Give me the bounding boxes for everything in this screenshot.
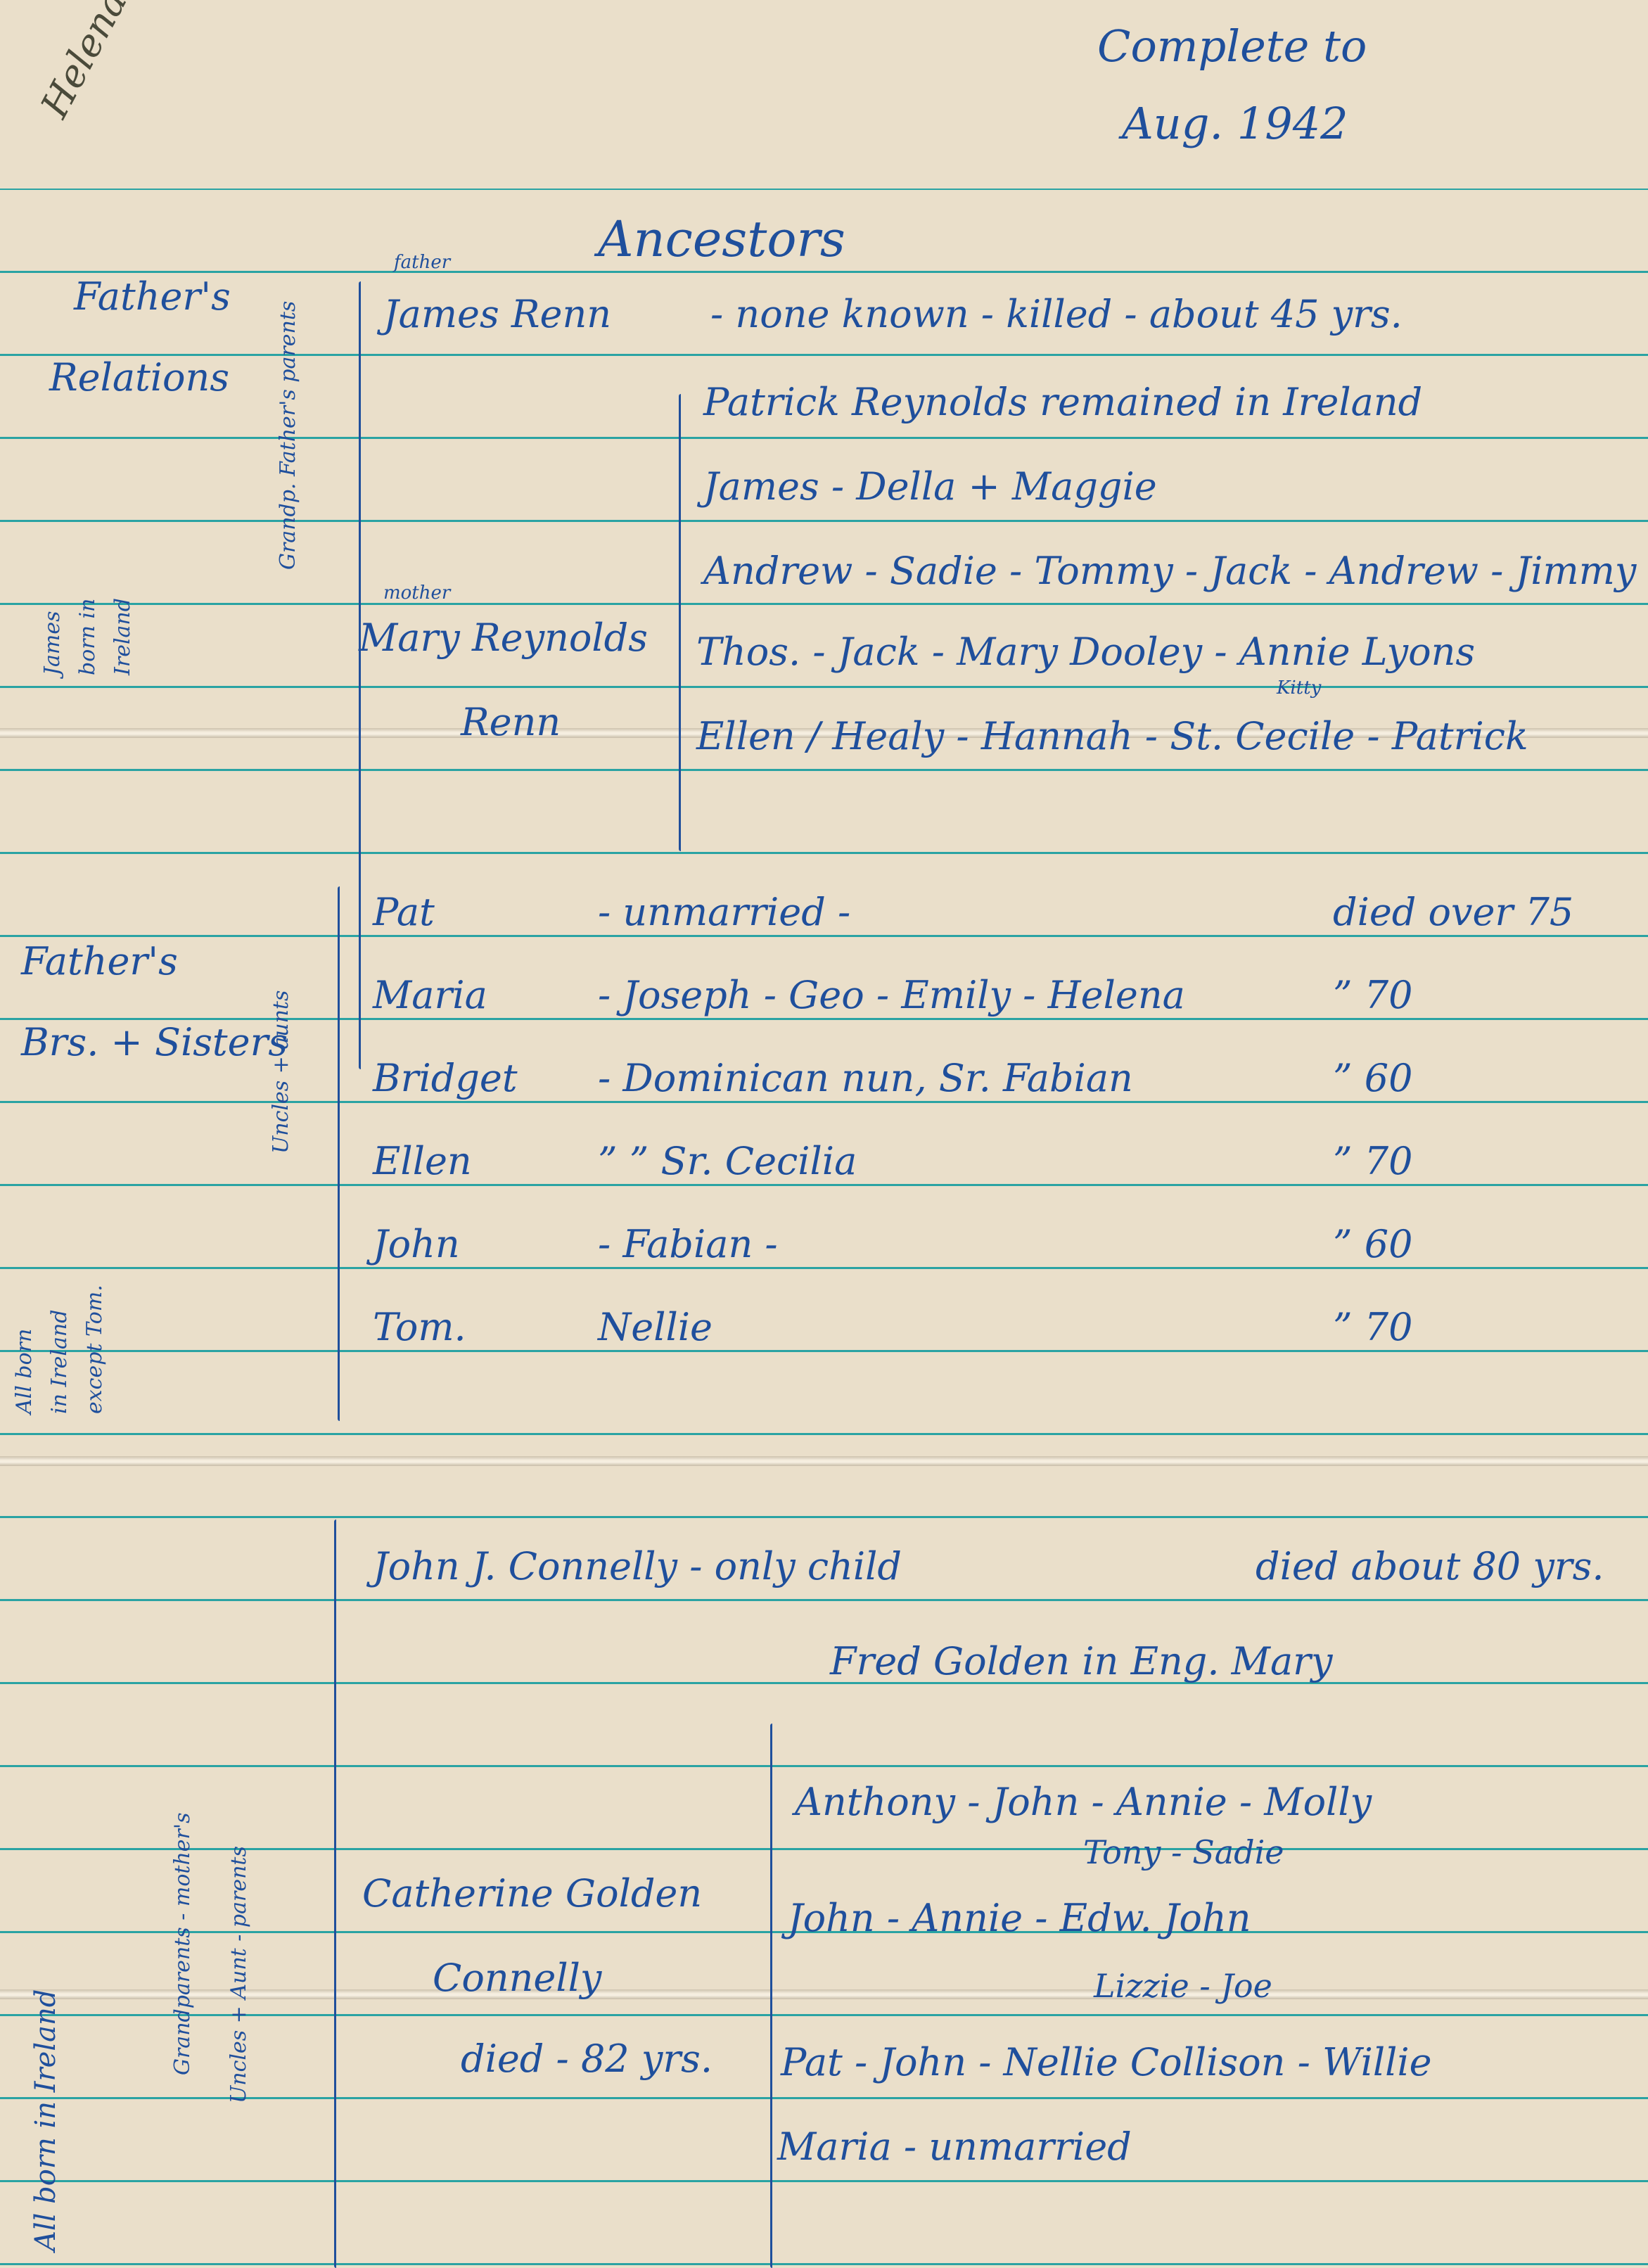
side-note: All born in Ireland [32,1989,60,2251]
side-note: All born [14,1329,35,1414]
sibling-age: ” 70 [1333,976,1412,1014]
sibling-line: Andrew - Sadie - Tommy - Jack - Andrew -… [703,552,1636,590]
sibling-name: Tom. [373,1308,466,1346]
sibling-name: Bridget [373,1059,518,1097]
sibling-age: ” 60 [1333,1059,1412,1097]
annotation: Kitty [1277,679,1321,697]
sibling-name: Pat [373,893,435,931]
grandmother-name: Connelly [433,1959,601,1997]
side-note: born in [77,599,98,675]
lined-paper-page: Helena Complete to Aug. 1942 Ancestors F… [0,0,1648,2268]
sibling-line: Ellen / Healy - Hannah - St. Cecile - Pa… [696,718,1528,756]
sibling-line: Thos. - Jack - Mary Dooley - Annie Lyons [696,633,1475,671]
annotation: father [394,253,450,272]
sibling-line: James - Della + Maggie [703,468,1157,506]
sibling-line: Tony - Sadie [1083,1836,1284,1868]
grandfather-age: died about 80 yrs. [1256,1548,1604,1586]
top-margin [0,0,1648,189]
side-note: Ireland [113,598,134,675]
fold-crease [0,1456,1648,1466]
sibling-name: Maria [373,976,487,1014]
sibling-line: Fred Golden in Eng. Mary [830,1643,1332,1681]
bracket-label: Uncles + Aunt - parents [229,1846,250,2103]
sibling-children: ” ” Sr. Cecilia [598,1142,857,1180]
sibling-children: - Dominican nun, Sr. Fabian [598,1059,1133,1097]
grandfather-name: John J. Connelly - only child [373,1548,902,1586]
sibling-line: John - Annie - Edw. John [788,1899,1251,1937]
side-note: except Tom. [84,1285,106,1414]
page-title: Ancestors [598,215,845,264]
bracket [338,886,340,1421]
bracket-label: Grandparents - mother's [172,1812,193,2075]
section-label: Father's [21,943,178,981]
mother-name: Renn [461,703,561,741]
father-name: James Renn [383,295,611,333]
side-note: in Ireland [49,1310,70,1414]
sibling-name: Ellen [373,1142,472,1180]
section-label: Relations [49,359,229,397]
sibling-line: Patrick Reynolds remained in Ireland [703,383,1422,421]
bracket [334,1520,336,2268]
sibling-age: ” 70 [1333,1308,1412,1346]
bracket [770,1724,772,2268]
sibling-name: John [373,1225,460,1263]
sibling-line: Anthony - John - Annie - Molly [795,1783,1372,1821]
header-line-1: Complete to [1097,25,1367,68]
grandmother-age: died - 82 yrs. [461,2040,713,2078]
bracket [679,394,681,851]
section-label: Father's [74,278,231,316]
sibling-children: - unmarried - [598,893,850,931]
sibling-age: ” 60 [1333,1225,1412,1263]
header-line-2: Aug. 1942 [1122,102,1348,146]
bracket-label: Grandp. Father's parents [278,301,299,570]
sibling-children: - Fabian - [598,1225,778,1263]
sibling-line: Lizzie - Joe [1094,1970,1272,2002]
section-label: Brs. + Sisters [21,1024,288,1062]
sibling-age: ” 70 [1333,1142,1412,1180]
father-note: - none known - killed - about 45 yrs. [710,295,1403,333]
annotation: mother [383,584,450,602]
mother-name: Mary Reynolds [359,619,648,657]
sibling-age: died over 75 [1333,893,1573,931]
sibling-line: Pat - John - Nellie Collison - Willie [781,2044,1432,2082]
side-note: James [42,611,63,675]
sibling-line: Maria - unmarried [777,2128,1132,2166]
sibling-children: Nellie [598,1308,713,1346]
grandmother-name: Catherine Golden [362,1875,702,1913]
bracket-label: Uncles + aunts [271,990,292,1154]
sibling-children: - Joseph - Geo - Emily - Helena [598,976,1185,1014]
bracket [359,281,361,1069]
